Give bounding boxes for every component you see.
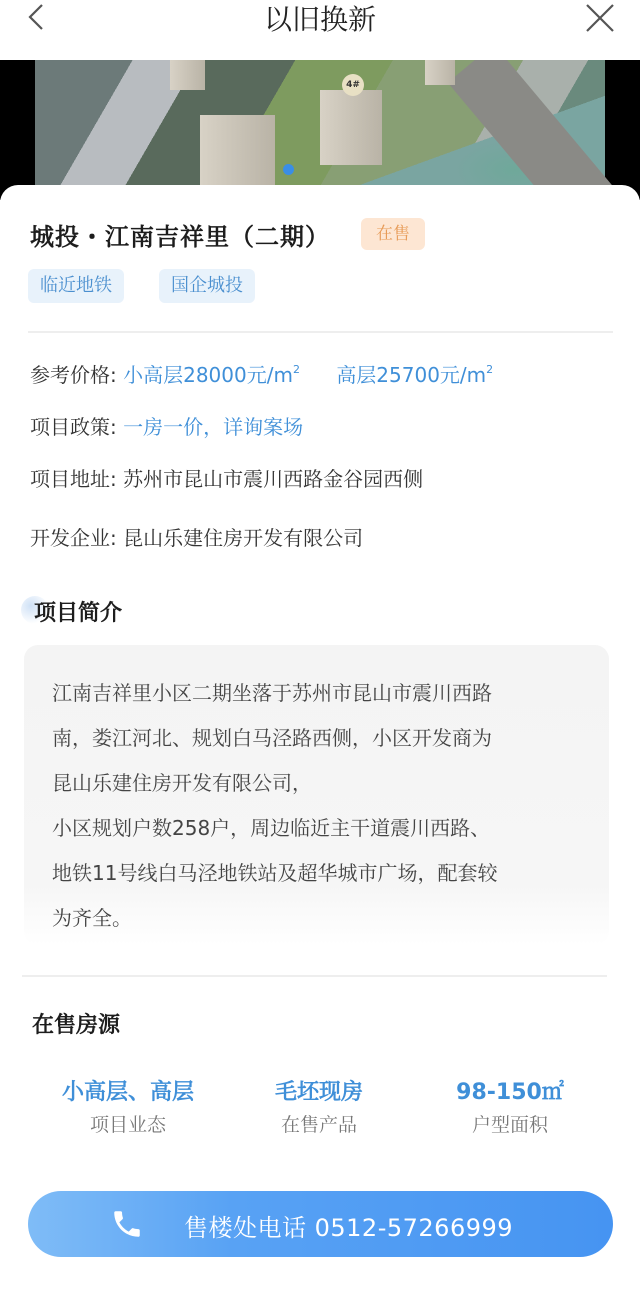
intro-line: 昆山乐建住房开发有限公司，: [52, 761, 583, 806]
address-label: 项目地址:: [30, 467, 117, 491]
stat-label: 在售产品: [219, 1110, 419, 1137]
divider: [28, 331, 613, 333]
address-row: 项目地址: 苏州市昆山市震川西路金谷园西侧: [30, 463, 423, 492]
top-bar: 以旧换新: [0, 0, 640, 60]
price-low-rise: 小高层28000元/m2: [123, 363, 300, 387]
project-detail-card: 城投・江南吉祥里（二期） 在售 临近地铁 国企城投 参考价格: 小高层28000…: [0, 185, 640, 1309]
intro-line: 为齐全。: [52, 896, 583, 941]
building-decoration: [425, 60, 455, 85]
hero-image-carousel[interactable]: 4#: [0, 60, 640, 200]
stat-product: 毛坯现房 在售产品: [219, 1075, 419, 1137]
policy-value: 一房一价，详询案场: [123, 415, 303, 439]
carousel-dot-active[interactable]: [283, 164, 294, 175]
building-number-label: 4#: [342, 74, 364, 96]
intro-line: 小区规划户数258户，周边临近主干道震川西路、: [52, 806, 583, 851]
stat-value: 98-150㎡: [410, 1075, 610, 1106]
project-rendering-image: 4#: [35, 60, 605, 200]
call-sales-office-button[interactable]: 售楼处电话 0512-57266999: [28, 1191, 613, 1257]
on-sale-section-title: 在售房源: [32, 1008, 120, 1039]
project-title: 城投・江南吉祥里（二期）: [30, 217, 330, 252]
policy-label: 项目政策:: [30, 415, 117, 439]
building-decoration: [320, 90, 382, 165]
intro-line: 江南吉祥里小区二期坐落于苏州市昆山市震川西路: [52, 671, 583, 716]
stat-value: 毛坯现房: [219, 1075, 419, 1106]
developer-value: 昆山乐建住房开发有限公司: [123, 526, 363, 550]
intro-line: 南，娄江河北、规划白马泾路西侧，小区开发商为: [52, 716, 583, 761]
stat-property-type: 小高层、高层 项目业态: [28, 1075, 228, 1137]
price-label: 参考价格:: [30, 363, 117, 387]
price-high-rise: 高层25700元/m2: [336, 363, 493, 387]
tag-near-metro: 临近地铁: [28, 269, 124, 303]
intro-line: 地铁11号线白马泾地铁站及超华城市广场，配套较: [52, 851, 583, 896]
intro-section-title: 项目简介: [34, 596, 122, 627]
phone-icon: [110, 1207, 144, 1241]
address-value: 苏州市昆山市震川西路金谷园西侧: [123, 467, 423, 491]
divider: [22, 975, 607, 977]
stat-area: 98-150㎡ 户型面积: [410, 1075, 610, 1137]
page-title: 以旧换新: [0, 0, 640, 38]
stat-label: 项目业态: [28, 1110, 228, 1137]
close-icon[interactable]: [584, 2, 616, 34]
developer-label: 开发企业:: [30, 526, 117, 550]
building-decoration: [170, 60, 205, 90]
call-button-label: 售楼处电话 0512-57266999: [184, 1208, 513, 1243]
policy-row: 项目政策: 一房一价，详询案场: [30, 411, 303, 440]
road-decoration: [448, 60, 623, 200]
developer-row: 开发企业: 昆山乐建住房开发有限公司: [30, 522, 363, 551]
stat-label: 户型面积: [410, 1110, 610, 1137]
intro-text-box: 江南吉祥里小区二期坐落于苏州市昆山市震川西路 南，娄江河北、规划白马泾路西侧，小…: [24, 645, 609, 945]
price-row: 参考价格: 小高层28000元/m2 高层25700元/m2: [30, 359, 493, 388]
tag-state-owned: 国企城投: [159, 269, 255, 303]
status-badge: 在售: [361, 218, 425, 250]
stat-value: 小高层、高层: [28, 1075, 228, 1106]
